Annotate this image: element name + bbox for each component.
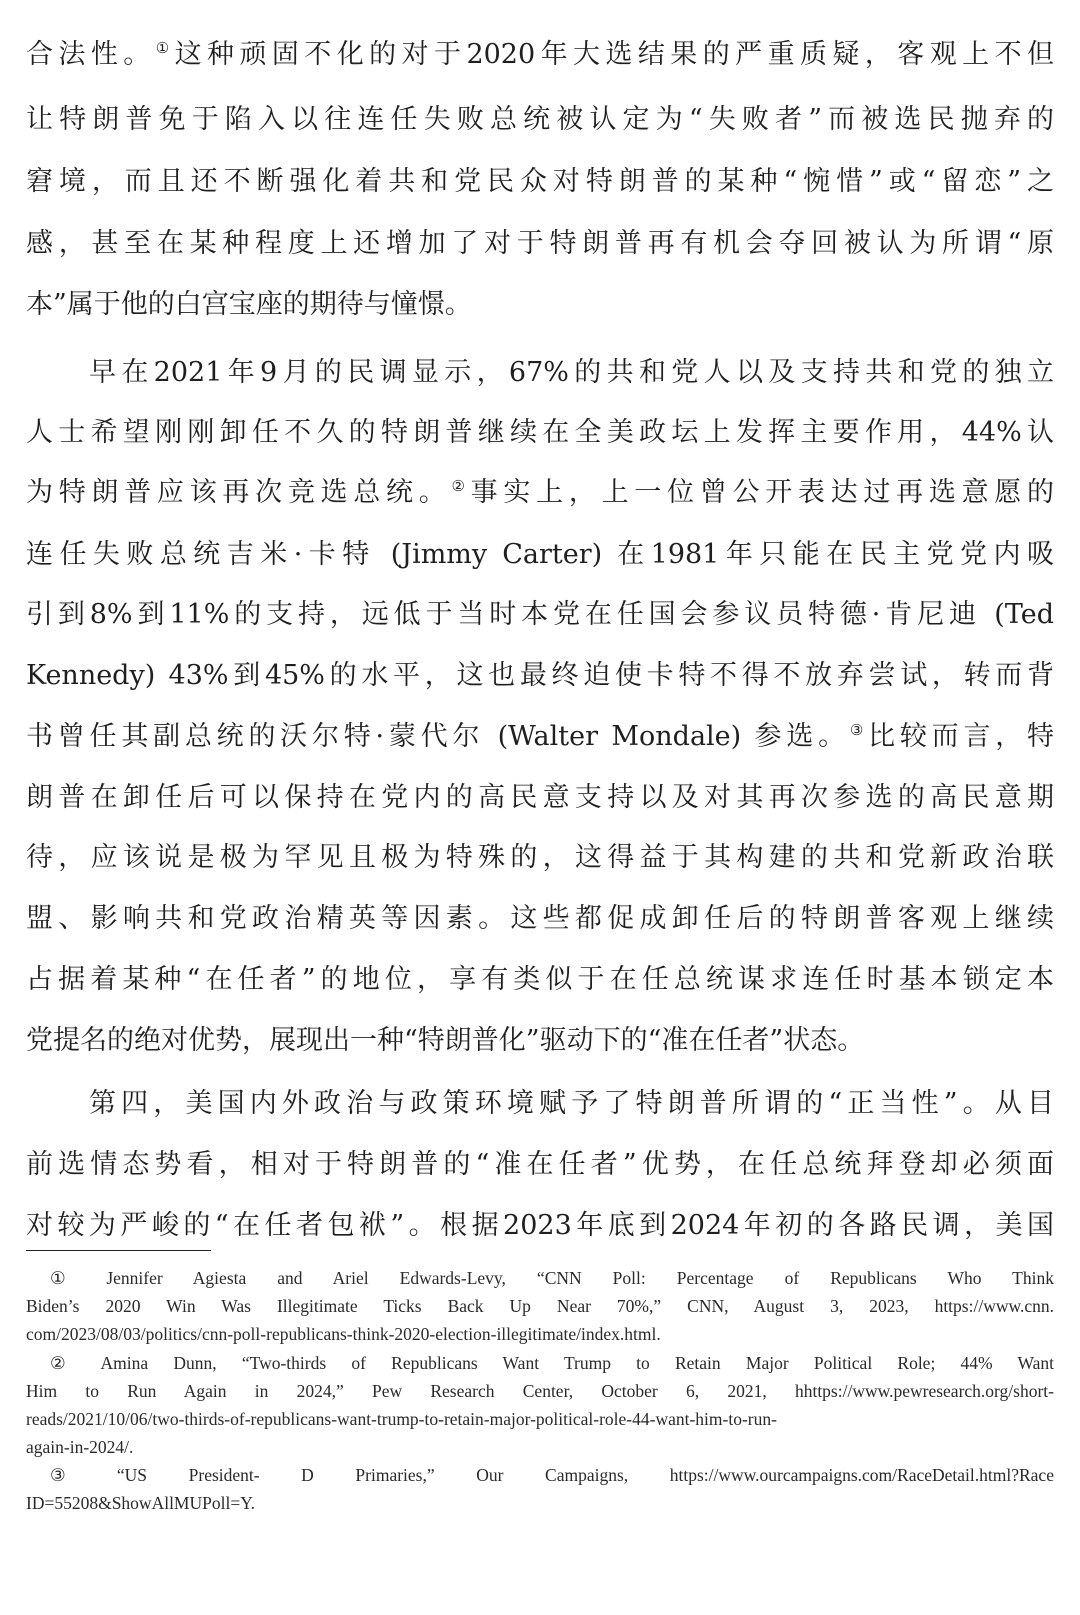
body-line: 窘境，而且还不断强化着共和党民众对特朗普的某种“惋惜”或“留恋”之: [26, 162, 1054, 202]
body-line: 朗普在卸任后可以保持在党内的高民意支持以及对其再次参选的高民意期: [26, 778, 1054, 818]
body-line: 占据着某种“在任者”的地位，享有类似于在任总统谋求连任时基本锁定本: [26, 960, 1054, 1000]
footnote-2: ②Amina Dunn, “Two-thirds of Republicans …: [50, 1350, 1054, 1377]
footnote-divider: [26, 1250, 211, 1251]
footnote-line: com/2023/08/03/politics/cnn-poll-republi…: [26, 1321, 1054, 1348]
footnote-1: ①Jennifer Agiesta and Ariel Edwards-Levy…: [50, 1265, 1054, 1292]
body-line: 党提名的绝对优势，展现出一种“特朗普化”驱动下的“准在任者”状态。: [26, 1021, 1054, 1061]
footnote-ref-3[interactable]: ③: [850, 721, 868, 739]
footnote-marker-1: ①: [50, 1268, 92, 1288]
body-line: 人士希望刚刚卸任不久的特朗普继续在全美政坛上发挥主要作用，44%认: [26, 413, 1054, 453]
body-line: 书曾任其副总统的沃尔特·蒙代尔 (Walter Mondale) 参选。③比较而…: [26, 717, 1054, 757]
body-line: 合法性。①这种顽固不化的对于2020年大选结果的严重质疑，客观上不但: [26, 35, 1054, 75]
footnote-marker-3: ③: [50, 1465, 103, 1485]
footnote-line: Biden’s 2020 Win Was Illegitimate Ticks …: [26, 1293, 1054, 1320]
body-line: 对较为严峻的“在任者包袱”。根据2023年底到2024年初的各路民调，美国: [26, 1206, 1054, 1246]
body-line: 待，应该说是极为罕见且极为特殊的，这得益于其构建的共和党新政治联: [26, 838, 1054, 878]
body-line: Kennedy) 43%到45%的水平，这也最终迫使卡特不得不放弃尝试，转而背: [26, 656, 1054, 696]
text-run: 合法性。: [26, 39, 156, 70]
footnote-text: Jennifer Agiesta and Ariel Edwards-Levy,…: [106, 1268, 1054, 1288]
footnote-line: Him to Run Again in 2024,” Pew Research …: [26, 1378, 1054, 1405]
paragraph-start-line: 第四，美国内外政治与政策环境赋予了特朗普所谓的“正当性”。从目: [89, 1084, 1054, 1124]
body-line: 盟、影响共和党政治精英等因素。这些都促成卸任后的特朗普客观上继续: [26, 899, 1054, 939]
body-line: 感，甚至在某种程度上还增加了对于特朗普再有机会夺回被认为所谓“原: [26, 224, 1054, 264]
text-run: 为特朗普应该再次竞选总统。: [26, 477, 451, 508]
text-run: 事实上，上一位曾公开表达过再选意愿的: [471, 477, 1054, 508]
footnote-ref-2[interactable]: ②: [451, 477, 470, 495]
footnote-marker-2: ②: [50, 1353, 87, 1373]
text-run: 比较而言，特: [868, 721, 1054, 752]
paragraph-start-line: 早在2021年9月的民调显示，67%的共和党人以及支持共和党的独立: [89, 353, 1054, 393]
footnote-line: ID=55208&ShowAllMUPoll=Y.: [26, 1490, 1054, 1517]
footnote-line: again-in-2024/.: [26, 1434, 1054, 1461]
footnote-text: “US President- D Primaries,” Our Campaig…: [117, 1465, 1054, 1485]
text-run: 这种顽固不化的对于2020年大选结果的严重质疑，客观上不但: [175, 39, 1054, 70]
footnote-text: Amina Dunn, “Two-thirds of Republicans W…: [101, 1353, 1054, 1373]
body-line: 前选情态势看，相对于特朗普的“准在任者”优势，在任总统拜登却必须面: [26, 1145, 1054, 1185]
footnote-3: ③“US President- D Primaries,” Our Campai…: [50, 1462, 1054, 1489]
body-line: 为特朗普应该再次竞选总统。②事实上，上一位曾公开表达过再选意愿的: [26, 473, 1054, 513]
document-page: 合法性。①这种顽固不化的对于2020年大选结果的严重质疑，客观上不但 让特朗普免…: [0, 0, 1080, 1615]
footnote-ref-1[interactable]: ①: [156, 39, 175, 57]
body-line: 让特朗普免于陷入以往连任失败总统被认定为“失败者”而被选民抛弃的: [26, 100, 1054, 140]
footnote-line: reads/2021/10/06/two-thirds-of-republica…: [26, 1406, 1054, 1433]
text-run: 书曾任其副总统的沃尔特·蒙代尔 (Walter Mondale) 参选。: [26, 721, 850, 752]
body-line: 本”属于他的白宫宝座的期待与憧憬。: [26, 285, 1054, 325]
body-line: 连任失败总统吉米·卡特 (Jimmy Carter) 在1981年只能在民主党党…: [26, 535, 1054, 575]
body-line: 引到8%到11%的支持，远低于当时本党在任国会参议员特德·肯尼迪 (Ted: [26, 595, 1054, 635]
